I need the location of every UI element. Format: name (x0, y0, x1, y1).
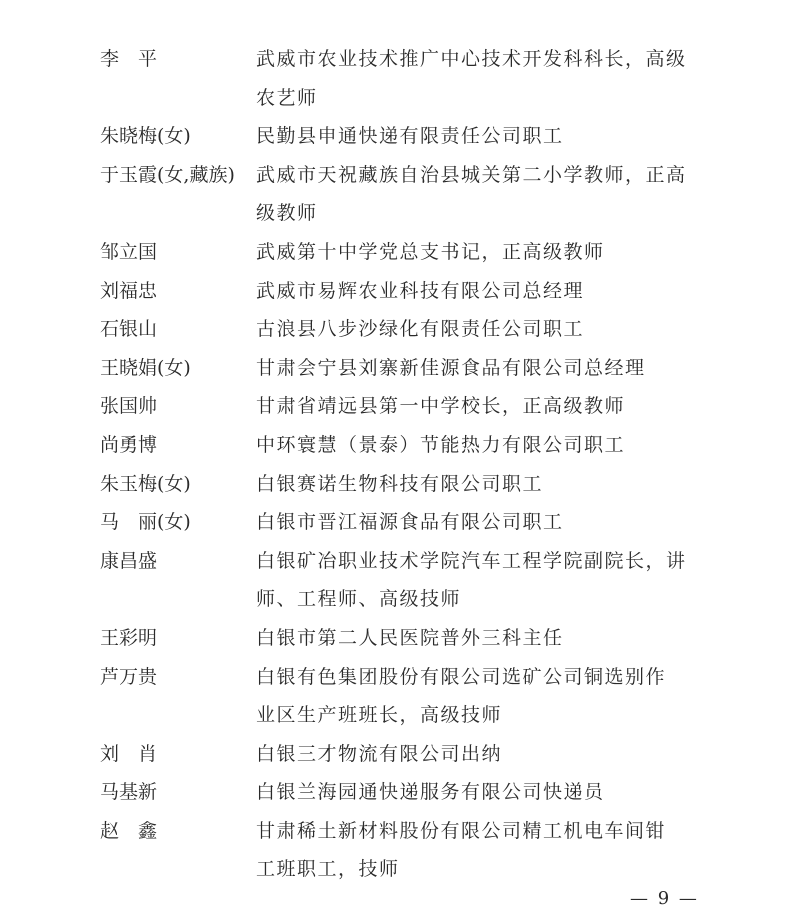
list-item: 芦万贵 白银有色集团股份有限公司选矿公司铜选别作 业区生产班班长，高级技师 (100, 658, 720, 735)
description-line: 白银市第二人民医院普外三科主任 (256, 619, 720, 658)
person-description: 武威市天祝藏族自治县城关第二小学教师，正高 级教师 (256, 156, 720, 233)
person-description: 甘肃稀土新材料股份有限公司精工机电车间钳 工班职工，技师 (256, 812, 720, 889)
person-name: 于玉霞(女,藏族) (100, 156, 256, 195)
list-item: 于玉霞(女,藏族) 武威市天祝藏族自治县城关第二小学教师，正高 级教师 (100, 156, 720, 233)
description-line: 白银三才物流有限公司出纳 (256, 735, 720, 774)
person-description: 白银兰海园通快递服务有限公司快递员 (256, 773, 720, 812)
description-line: 级教师 (256, 194, 720, 233)
person-description: 武威第十中学党总支书记，正高级教师 (256, 233, 720, 272)
person-description: 白银赛诺生物科技有限公司职工 (256, 465, 720, 504)
list-item: 李 平 武威市农业技术推广中心技术开发科科长，高级 农艺师 (100, 40, 720, 117)
person-description: 武威市易辉农业科技有限公司总经理 (256, 272, 720, 311)
person-name: 邹立国 (100, 233, 256, 272)
person-description: 武威市农业技术推广中心技术开发科科长，高级 农艺师 (256, 40, 720, 117)
list-item: 石银山 古浪县八步沙绿化有限责任公司职工 (100, 310, 720, 349)
description-line: 武威市天祝藏族自治县城关第二小学教师，正高 (256, 156, 720, 195)
description-line: 甘肃省靖远县第一中学校长，正高级教师 (256, 387, 720, 426)
description-line: 武威市农业技术推广中心技术开发科科长，高级 (256, 40, 720, 79)
list-item: 王晓娟(女) 甘肃会宁县刘寨新佳源食品有限公司总经理 (100, 349, 720, 388)
person-name: 赵 鑫 (100, 812, 256, 851)
person-name: 王彩明 (100, 619, 256, 658)
description-line: 白银赛诺生物科技有限公司职工 (256, 465, 720, 504)
person-description: 白银有色集团股份有限公司选矿公司铜选别作 业区生产班班长，高级技师 (256, 658, 720, 735)
page-number: — 9 — (630, 888, 699, 909)
person-name: 朱晓梅(女) (100, 117, 256, 156)
person-description: 中环寰慧（景泰）节能热力有限公司职工 (256, 426, 720, 465)
list-item: 王彩明 白银市第二人民医院普外三科主任 (100, 619, 720, 658)
person-description: 甘肃会宁县刘寨新佳源食品有限公司总经理 (256, 349, 720, 388)
person-name: 马基新 (100, 773, 256, 812)
description-line: 白银有色集团股份有限公司选矿公司铜选别作 (256, 658, 720, 697)
person-description: 白银三才物流有限公司出纳 (256, 735, 720, 774)
description-line: 甘肃稀土新材料股份有限公司精工机电车间钳 (256, 812, 720, 851)
list-item: 邹立国 武威第十中学党总支书记，正高级教师 (100, 233, 720, 272)
person-description: 民勤县申通快递有限责任公司职工 (256, 117, 720, 156)
list-item: 刘福忠 武威市易辉农业科技有限公司总经理 (100, 272, 720, 311)
description-line: 工班职工，技师 (256, 850, 720, 889)
list-item: 朱晓梅(女) 民勤县申通快递有限责任公司职工 (100, 117, 720, 156)
person-name: 芦万贵 (100, 658, 256, 697)
person-name: 康昌盛 (100, 542, 256, 581)
document-page: 李 平 武威市农业技术推广中心技术开发科科长，高级 农艺师 朱晓梅(女) 民勤县… (0, 0, 800, 918)
list-item: 赵 鑫 甘肃稀土新材料股份有限公司精工机电车间钳 工班职工，技师 (100, 812, 720, 889)
description-line: 农艺师 (256, 79, 720, 118)
person-name: 张国帅 (100, 387, 256, 426)
description-line: 白银兰海园通快递服务有限公司快递员 (256, 773, 720, 812)
list-item: 张国帅 甘肃省靖远县第一中学校长，正高级教师 (100, 387, 720, 426)
description-line: 白银矿冶职业技术学院汽车工程学院副院长，讲 (256, 542, 720, 581)
person-description: 古浪县八步沙绿化有限责任公司职工 (256, 310, 720, 349)
person-name: 刘福忠 (100, 272, 256, 311)
person-description: 白银矿冶职业技术学院汽车工程学院副院长，讲 师、工程师、高级技师 (256, 542, 720, 619)
person-name: 李 平 (100, 40, 256, 79)
person-description: 白银市晋江福源食品有限公司职工 (256, 503, 720, 542)
list-item: 刘 肖 白银三才物流有限公司出纳 (100, 735, 720, 774)
person-name: 尚勇博 (100, 426, 256, 465)
person-name: 马 丽(女) (100, 503, 256, 542)
person-description: 白银市第二人民医院普外三科主任 (256, 619, 720, 658)
list-item: 马基新 白银兰海园通快递服务有限公司快递员 (100, 773, 720, 812)
description-line: 业区生产班班长，高级技师 (256, 696, 720, 735)
person-description: 甘肃省靖远县第一中学校长，正高级教师 (256, 387, 720, 426)
list-item: 朱玉梅(女) 白银赛诺生物科技有限公司职工 (100, 465, 720, 504)
list-item: 马 丽(女) 白银市晋江福源食品有限公司职工 (100, 503, 720, 542)
description-line: 白银市晋江福源食品有限公司职工 (256, 503, 720, 542)
description-line: 中环寰慧（景泰）节能热力有限公司职工 (256, 426, 720, 465)
person-name: 刘 肖 (100, 735, 256, 774)
person-name: 石银山 (100, 310, 256, 349)
list-item: 康昌盛 白银矿冶职业技术学院汽车工程学院副院长，讲 师、工程师、高级技师 (100, 542, 720, 619)
description-line: 民勤县申通快递有限责任公司职工 (256, 117, 720, 156)
description-line: 古浪县八步沙绿化有限责任公司职工 (256, 310, 720, 349)
honoree-list: 李 平 武威市农业技术推广中心技术开发科科长，高级 农艺师 朱晓梅(女) 民勤县… (100, 40, 720, 889)
description-line: 师、工程师、高级技师 (256, 580, 720, 619)
person-name: 王晓娟(女) (100, 349, 256, 388)
description-line: 武威市易辉农业科技有限公司总经理 (256, 272, 720, 311)
description-line: 武威第十中学党总支书记，正高级教师 (256, 233, 720, 272)
description-line: 甘肃会宁县刘寨新佳源食品有限公司总经理 (256, 349, 720, 388)
person-name: 朱玉梅(女) (100, 465, 256, 504)
list-item: 尚勇博 中环寰慧（景泰）节能热力有限公司职工 (100, 426, 720, 465)
